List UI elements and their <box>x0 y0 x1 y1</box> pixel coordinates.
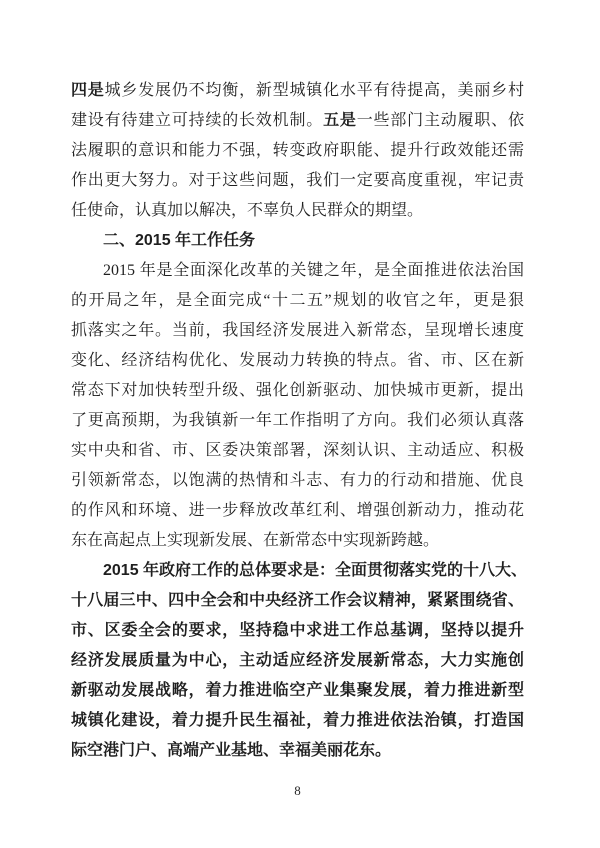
page-number: 8 <box>71 783 524 798</box>
run-text: 一些部门主动履职、依 <box>357 112 524 129</box>
text-line: 常态下对加快转型升级、强化创新驱动、加快城市更新，提出 <box>71 376 524 406</box>
document-page: 四是城乡发展仍不均衡，新型城镇化水平有待提高，美丽乡村 建设有待建立可持续的长效… <box>0 0 600 848</box>
text-line: 新驱动发展战略，着力推进临空产业集聚发展，着力推进新型 <box>71 676 524 706</box>
text-line: 了更高预期，为我镇新一年工作指明了方向。我们必须认真落 <box>71 406 524 436</box>
text-line: 引领新常态，以饱满的热情和斗志、有力的行动和措施、优良 <box>71 466 524 496</box>
section-heading: 二、2015 年工作任务 <box>71 226 524 256</box>
text-line: 十八届三中、四中全会和中央经济工作会议精神，紧紧围绕省、 <box>71 586 524 616</box>
text-line: 市、区委全会的要求，坚持稳中求进工作总基调，坚持以提升 <box>71 616 524 646</box>
text-line: 任使命，认真加以解决，不辜负人民群众的期望。 <box>71 196 524 226</box>
paragraph-issues: 四是城乡发展仍不均衡，新型城镇化水平有待提高，美丽乡村 建设有待建立可持续的长效… <box>71 76 524 226</box>
text-line: 际空港门户、高端产业基地、幸福美丽花东。 <box>71 736 524 766</box>
run-text: 建设有待建立可持续的长效机制。 <box>71 112 323 129</box>
text-line: 城镇化建设，着力提升民生福祉，着力推进依法治镇，打造国 <box>71 706 524 736</box>
text-line: 作出更大努力。对于这些问题，我们一定要高度重视，牢记责 <box>71 166 524 196</box>
text-line: 的开局之年，是全面完成“十二五”规划的收官之年，更是狠 <box>71 286 524 316</box>
paragraph-situation: 2015 年是全面深化改革的关键之年，是全面推进依法治国 的开局之年，是全面完成… <box>71 256 524 556</box>
run-text: 城乡发展仍不均衡，新型城镇化水平有待提高，美丽乡村 <box>105 82 524 99</box>
text-line: 抓落实之年。当前，我国经济发展进入新常态，呈现增长速度 <box>71 316 524 346</box>
run-emphasis-five: 五是 <box>323 112 357 129</box>
paragraph-overall-requirements: 2015 年政府工作的总体要求是：全面贯彻落实党的十八大、 十八届三中、四中全会… <box>71 556 524 766</box>
text-line: 的作风和环境、进一步释放改革红利、增强创新动力，推动花 <box>71 496 524 526</box>
text-line: 2015 年是全面深化改革的关键之年，是全面推进依法治国 <box>71 256 524 286</box>
text-line: 2015 年政府工作的总体要求是：全面贯彻落实党的十八大、 <box>71 556 524 586</box>
text-line: 变化、经济结构优化、发展动力转换的特点。省、市、区在新 <box>71 346 524 376</box>
text-line: 法履职的意识和能力不强，转变政府职能、提升行政效能还需 <box>71 136 524 166</box>
text-line: 东在高起点上实现新发展、在新常态中实现新跨越。 <box>71 526 524 556</box>
text-line: 建设有待建立可持续的长效机制。五是一些部门主动履职、依 <box>71 106 524 136</box>
text-line: 经济发展质量为中心，主动适应经济发展新常态，大力实施创 <box>71 646 524 676</box>
text-line: 四是城乡发展仍不均衡，新型城镇化水平有待提高，美丽乡村 <box>71 76 524 106</box>
text-line: 实中央和省、市、区委决策部署，深刻认识、主动适应、积极 <box>71 436 524 466</box>
run-emphasis-four: 四是 <box>71 82 105 99</box>
